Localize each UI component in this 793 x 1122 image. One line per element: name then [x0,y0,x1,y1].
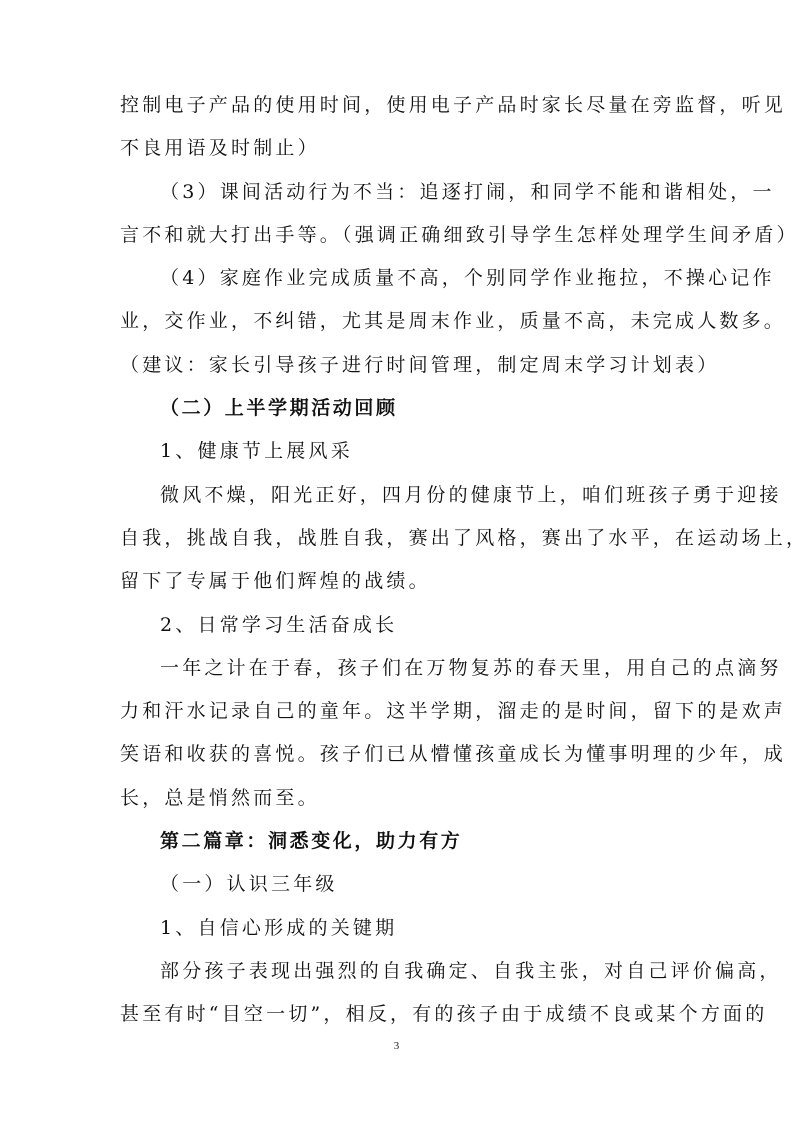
text-line: （建议：家长引导孩子进行时间管理，制定周末学习计划表） [120,344,676,387]
subheading-health-festival: 1、健康节上展风采 [120,430,676,473]
paragraph-line: 自我，挑战自我，战胜自我，赛出了风格，赛出了水平，在运动场上， [120,517,676,560]
chapter-heading-two: 第二篇章：洞悉变化，助力有方 [120,820,676,863]
subheading-daily-growth: 2、日常学习生活奋成长 [120,604,676,647]
list-item-4: （4）家庭作业完成质量不高，个别同学作业拖拉，不操心记作 [120,257,676,300]
paragraph-line: 留下了专属于他们辉煌的战绩。 [120,560,676,603]
paragraph-line: 力和汗水记录自己的童年。这半学期，溜走的是时间，留下的是欢声 [120,690,676,733]
section-heading-activity-review: （二）上半学期活动回顾 [120,387,676,430]
paragraph-line: 一年之计在于春，孩子们在万物复苏的春天里，用自己的点滴努 [120,647,676,690]
list-item-3: （3）课间活动行为不当：追逐打闹，和同学不能和谐相处，一 [120,171,676,214]
paragraph-line: 部分孩子表现出强烈的自我确定、自我主张，对自己评价偏高， [120,950,676,993]
paragraph-line: 微风不燥，阳光正好，四月份的健康节上，咱们班孩子勇于迎接 [120,474,676,517]
paragraph-line: 长，总是悄然而至。 [120,777,676,820]
text-line: 业，交作业，不纠错，尤其是周末作业，质量不高，未完成人数多。 [120,300,676,343]
document-page: 控制电子产品的使用时间，使用电子产品时家长尽量在旁监督，听见 不良用语及时制止）… [0,0,793,1122]
text-line: 不良用语及时制止） [120,127,676,170]
document-body: 控制电子产品的使用时间，使用电子产品时家长尽量在旁监督，听见 不良用语及时制止）… [120,84,676,1037]
text-line: 言不和就大打出手等。（强调正确细致引导学生怎样处理学生间矛盾） [120,214,676,257]
page-number: 3 [0,1040,793,1052]
text-line: 控制电子产品的使用时间，使用电子产品时家长尽量在旁监督，听见 [120,84,676,127]
subheading-confidence: 1、自信心形成的关键期 [120,907,676,950]
section-heading-grade-three: （一）认识三年级 [120,863,676,906]
paragraph-line: 笑语和收获的喜悦。孩子们已从懵懂孩童成长为懂事明理的少年，成 [120,733,676,776]
paragraph-line: 甚至有时“目空一切”，相反，有的孩子由于成绩不良或某个方面的 [120,993,676,1036]
